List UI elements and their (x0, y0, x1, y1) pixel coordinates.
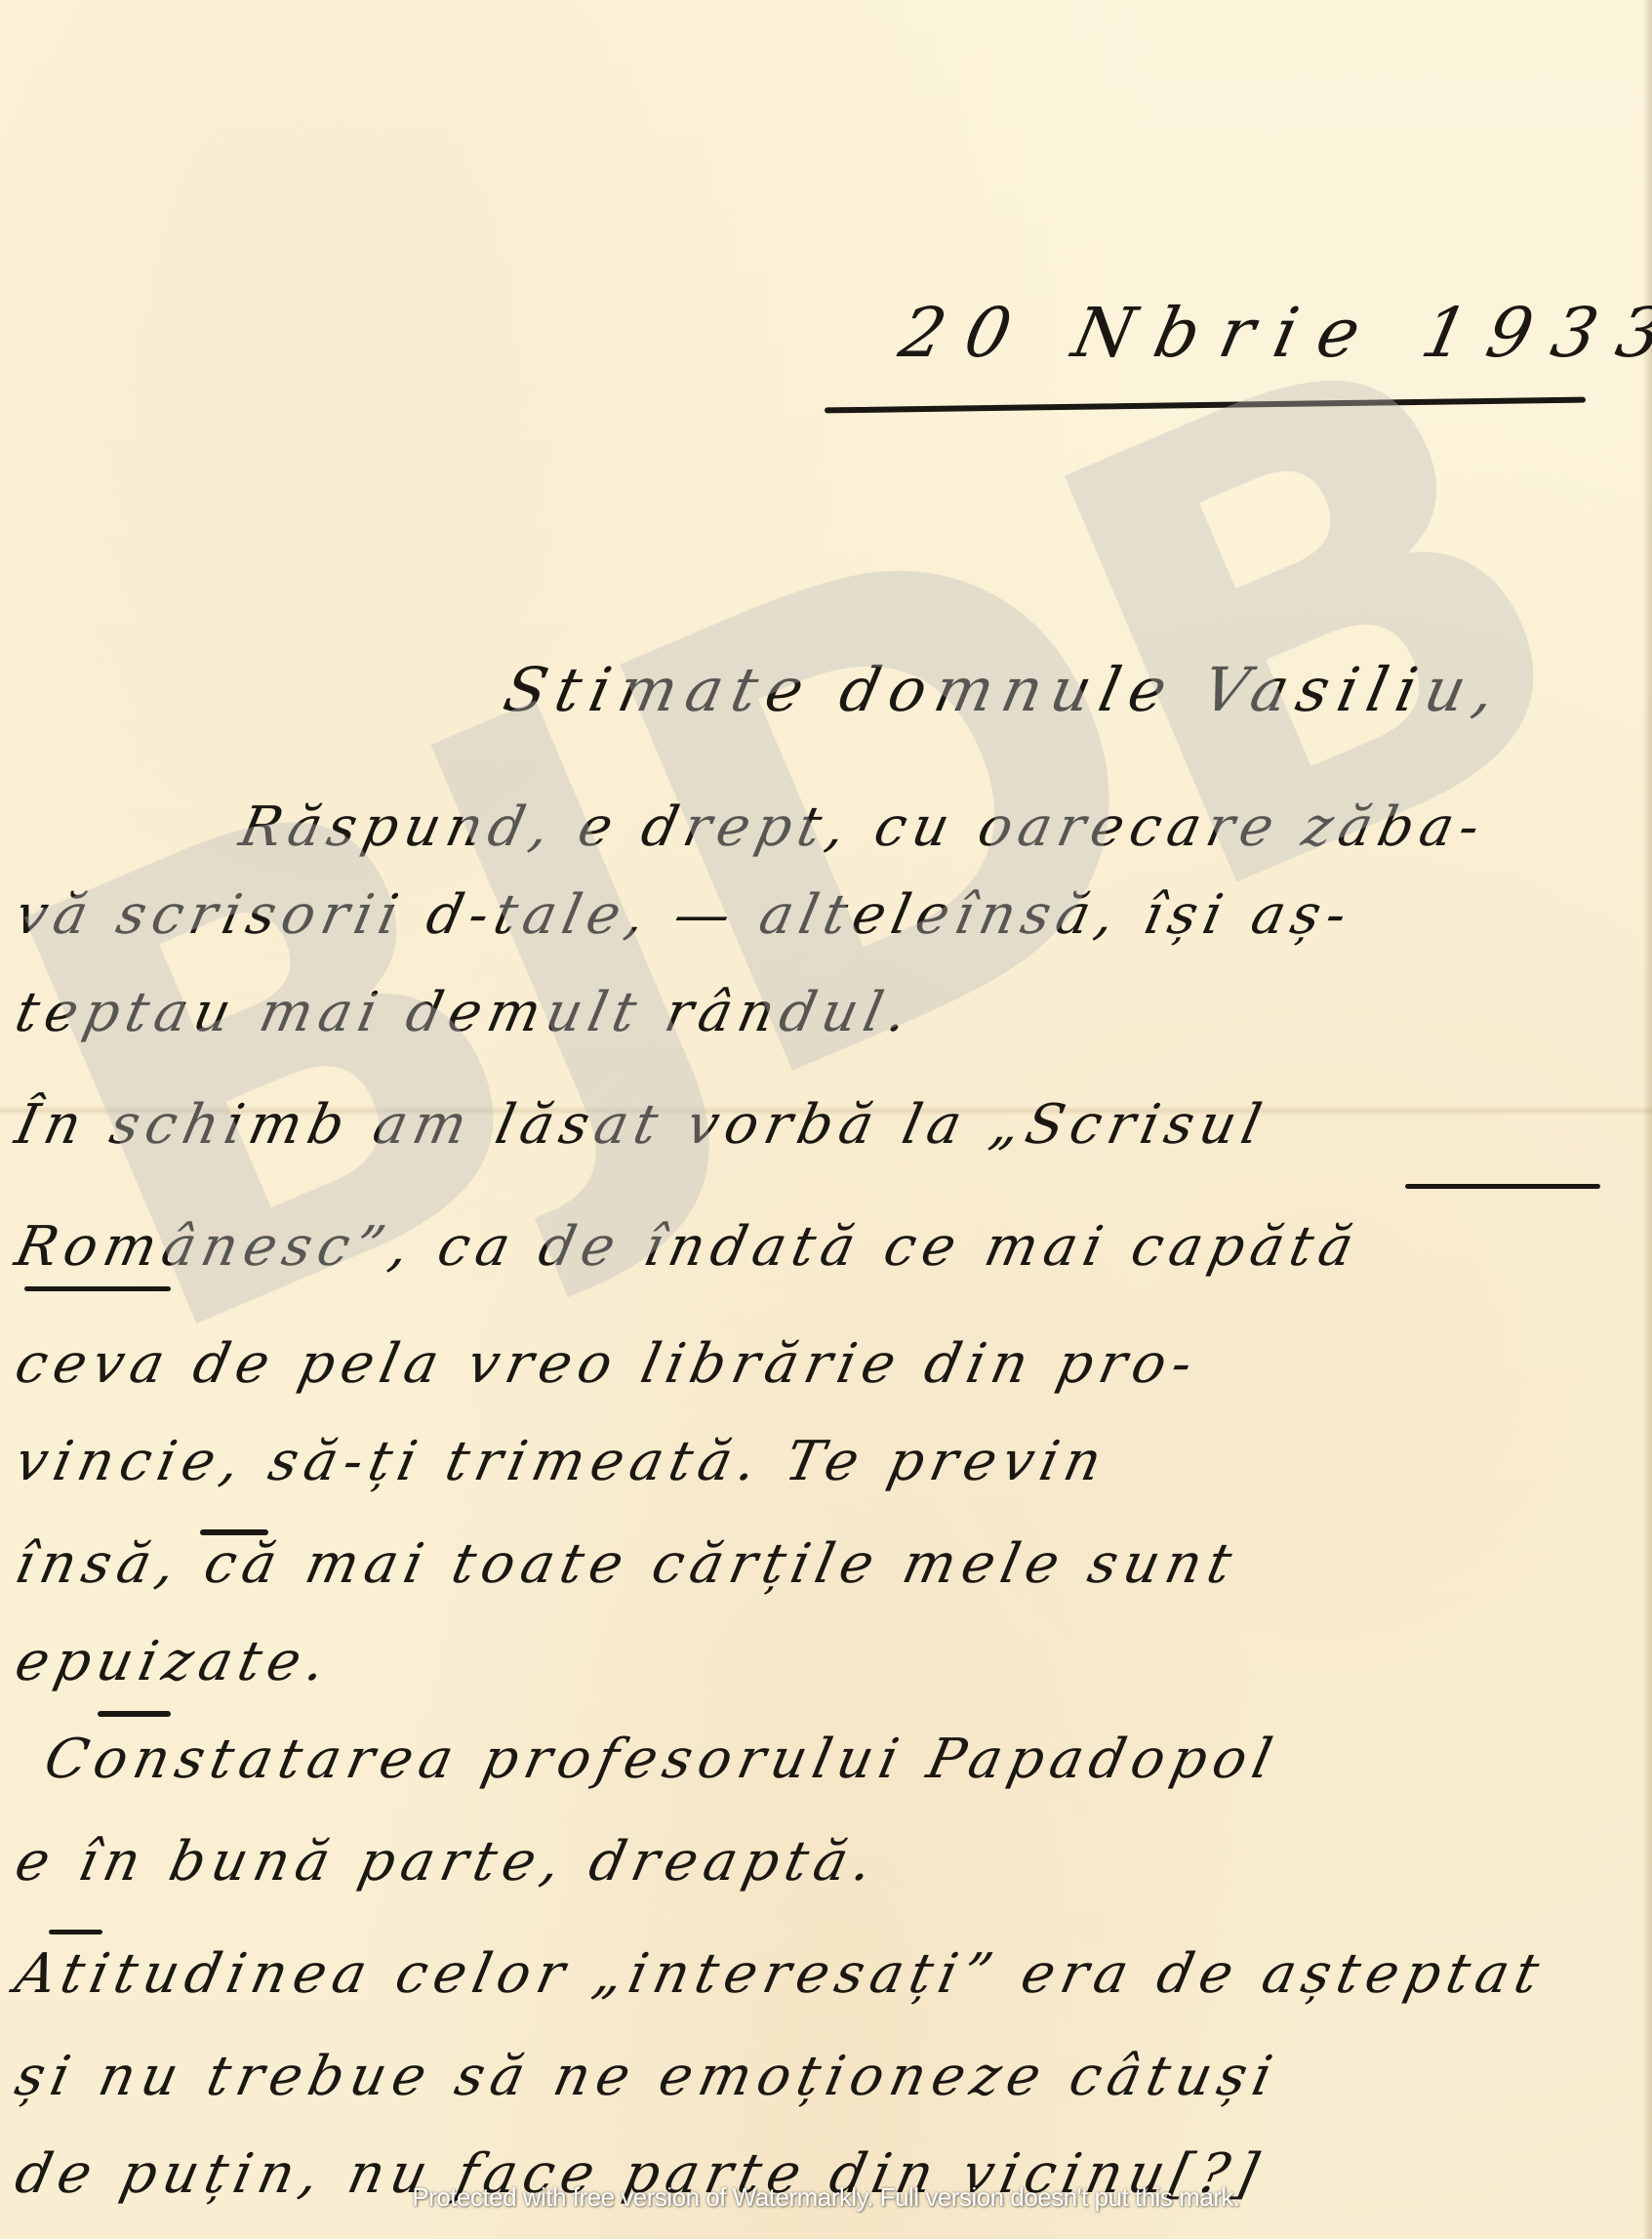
letter-line-11: e în bună parte, dreaptă. (10, 1830, 885, 1893)
letter-line-12: Atitudinea celor „interesați” era de așt… (10, 1942, 1551, 2006)
letter-salutation: Stimate domnule Vasiliu, (498, 654, 1511, 725)
letter-line-5: Românesc”, ca de îndată ce mai capătă (10, 1215, 1365, 1279)
letter-line-4: În schimb am lăsat vorbă la „Scrisul (10, 1093, 1273, 1157)
letter-line-13: și nu trebue să ne emoționeze câtuși (10, 2045, 1284, 2108)
underline-scrisul (1405, 1184, 1600, 1189)
letter-line-10: Constatarea profesorului Papadopol (39, 1728, 1284, 1791)
letter-line-1: Răspund, e drept, cu oarecare zăba- (234, 795, 1492, 859)
letter-line-3: teptau mai demult rândul. (10, 981, 919, 1044)
underline-romanesc (24, 1286, 171, 1291)
underline-constatarea (98, 1711, 171, 1717)
letter-line-9: epuizate. (10, 1630, 338, 1693)
letter-line-7: vincie, să-ți trimeată. Te previn (10, 1430, 1113, 1493)
watermarkly-banner: Protected with free version of Watermark… (0, 2182, 1652, 2213)
letter-line-6: ceva de pela vreo librărie din pro- (10, 1332, 1204, 1396)
letter-date: 20 Nbrie 1933 (893, 293, 1652, 373)
letter-line-2: vă scrisorii d-tale, — alteleînsă, își a… (10, 883, 1358, 947)
underline-atitudinea (49, 1930, 102, 1934)
letter-line-8: însă, că mai toate cărțile mele sunt (10, 1532, 1244, 1596)
